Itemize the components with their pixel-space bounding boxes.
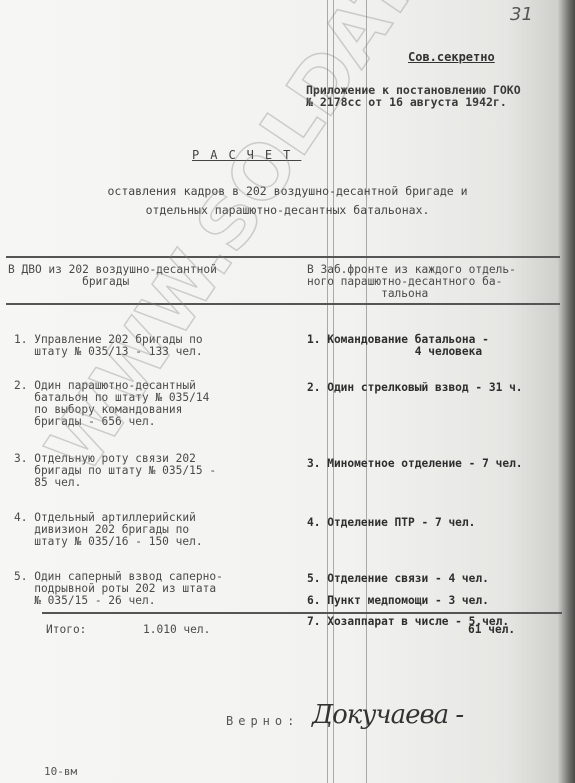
column-header-right: В Заб.фронте из каждого отдель- ного пар…: [307, 264, 516, 300]
signature-text: Докучаева: [312, 700, 448, 730]
signature-dash: -: [455, 700, 463, 730]
list-item: 4. Отдельный артиллерийский дивизион 202…: [14, 512, 203, 548]
appendix-line-2: № 2178сс от 16 августа 1942г.: [306, 95, 507, 109]
certified-label: Верно:: [226, 714, 299, 728]
total-label: Итого:: [46, 624, 86, 636]
typist-code: 10-вм: [44, 765, 77, 778]
appendix-reference: Приложение к постановлению ГОКО № 2178сс…: [306, 84, 521, 108]
signature: Докучаева -: [312, 700, 463, 730]
table-top-rule: [6, 256, 560, 258]
list-item: 1. Командование батальона - 4 человека: [307, 334, 489, 358]
table-header-rule: [6, 303, 560, 305]
list-item: 1. Управление 202 бригады по штату № 035…: [14, 334, 203, 358]
list-item: 5. Один саперный взвод саперно- подрывно…: [14, 571, 223, 607]
document-title: РАСЧЕТ: [192, 148, 301, 162]
document-subtitle: оставления кадров в 202 воздушно-десантн…: [0, 182, 575, 220]
list-item: 3. Минометное отделение - 7 чел.: [307, 458, 523, 470]
subtitle-line-2: отдельных парашютно-десантных батальонах…: [146, 203, 430, 217]
list-item: 5. Отделение связи - 4 чел.: [307, 573, 489, 585]
subtitle-line-1: оставления кадров в 202 воздушно-десантн…: [107, 184, 467, 198]
page-number: 31: [510, 4, 533, 25]
classification-stamp: Сов.секретно: [408, 50, 495, 64]
total-right-value: 61 чел.: [468, 624, 515, 636]
list-item: 6. Пункт медпомощи - 3 чел.: [307, 595, 489, 607]
total-left-value: 1.010 чел.: [143, 624, 210, 636]
table-total-rule: [42, 612, 562, 614]
list-item: 2. Один парашютно-десантный батальон по …: [14, 380, 209, 428]
list-item: 4. Отделение ПТР - 7 чел.: [307, 517, 475, 529]
list-item: 3. Отдельную роту связи 202 бригады по ш…: [14, 453, 216, 489]
column-header-left: В ДВО из 202 воздушно-десантной бригады: [8, 264, 217, 288]
list-item: 2. Один стрелковый взвод - 31 ч.: [307, 382, 523, 394]
document-page: 31 Сов.секретно Приложение к постановлен…: [0, 0, 575, 783]
